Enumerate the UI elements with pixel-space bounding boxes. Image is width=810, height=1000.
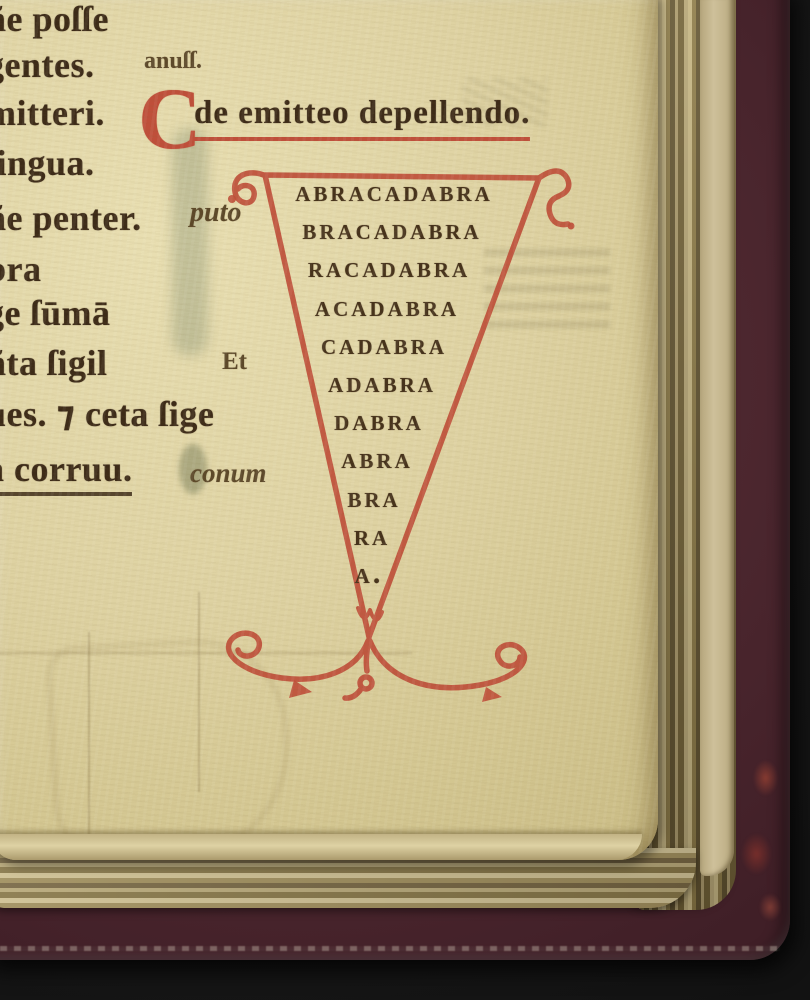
- rubric-heading: de emitteo depellendo.: [194, 95, 530, 141]
- manuscript-page: ñe poſſe gentes. anuſſ. mitteri. C de em…: [0, 0, 658, 860]
- charm-line: bra: [214, 479, 534, 517]
- charm-line: bracadabra: [232, 211, 552, 249]
- gothic-line: ñe poſſe: [0, 0, 109, 40]
- charm-line: cadabra: [224, 326, 544, 364]
- page-crease: [88, 632, 90, 847]
- charm-line: abracadabra: [234, 173, 554, 211]
- gothic-line: gentes.: [0, 46, 94, 86]
- gothic-line: a corruu.: [0, 450, 132, 496]
- charm-line: acadabra: [227, 288, 547, 326]
- gothic-line: ge ſūmā: [0, 294, 111, 334]
- cover-edge-highlight: [0, 946, 780, 951]
- manuscript-photo: ñe poſſe gentes. anuſſ. mitteri. C de em…: [0, 0, 810, 1000]
- charm-line: a.: [209, 555, 529, 593]
- gothic-line: ñe penter.: [0, 199, 142, 239]
- page-bottom-fold: [0, 834, 642, 860]
- gothic-line: mitteri.: [0, 94, 105, 134]
- endleaf-edge: [700, 0, 734, 876]
- gothic-line: bra: [0, 250, 42, 290]
- charm-line: dabra: [219, 402, 539, 440]
- charm-line: abra: [217, 440, 537, 478]
- charm-line: ra: [212, 517, 532, 555]
- gothic-line: ñta ſigil: [0, 344, 108, 384]
- charm-line: adabra: [222, 364, 542, 402]
- charm-line: racadabra: [229, 249, 549, 287]
- abracadabra-charm: abracadabra bracadabra racadabra acadabr…: [222, 173, 542, 593]
- gothic-line: ues. ⁊ ceta ſige: [0, 395, 214, 435]
- gothic-line: lingua.: [0, 144, 95, 184]
